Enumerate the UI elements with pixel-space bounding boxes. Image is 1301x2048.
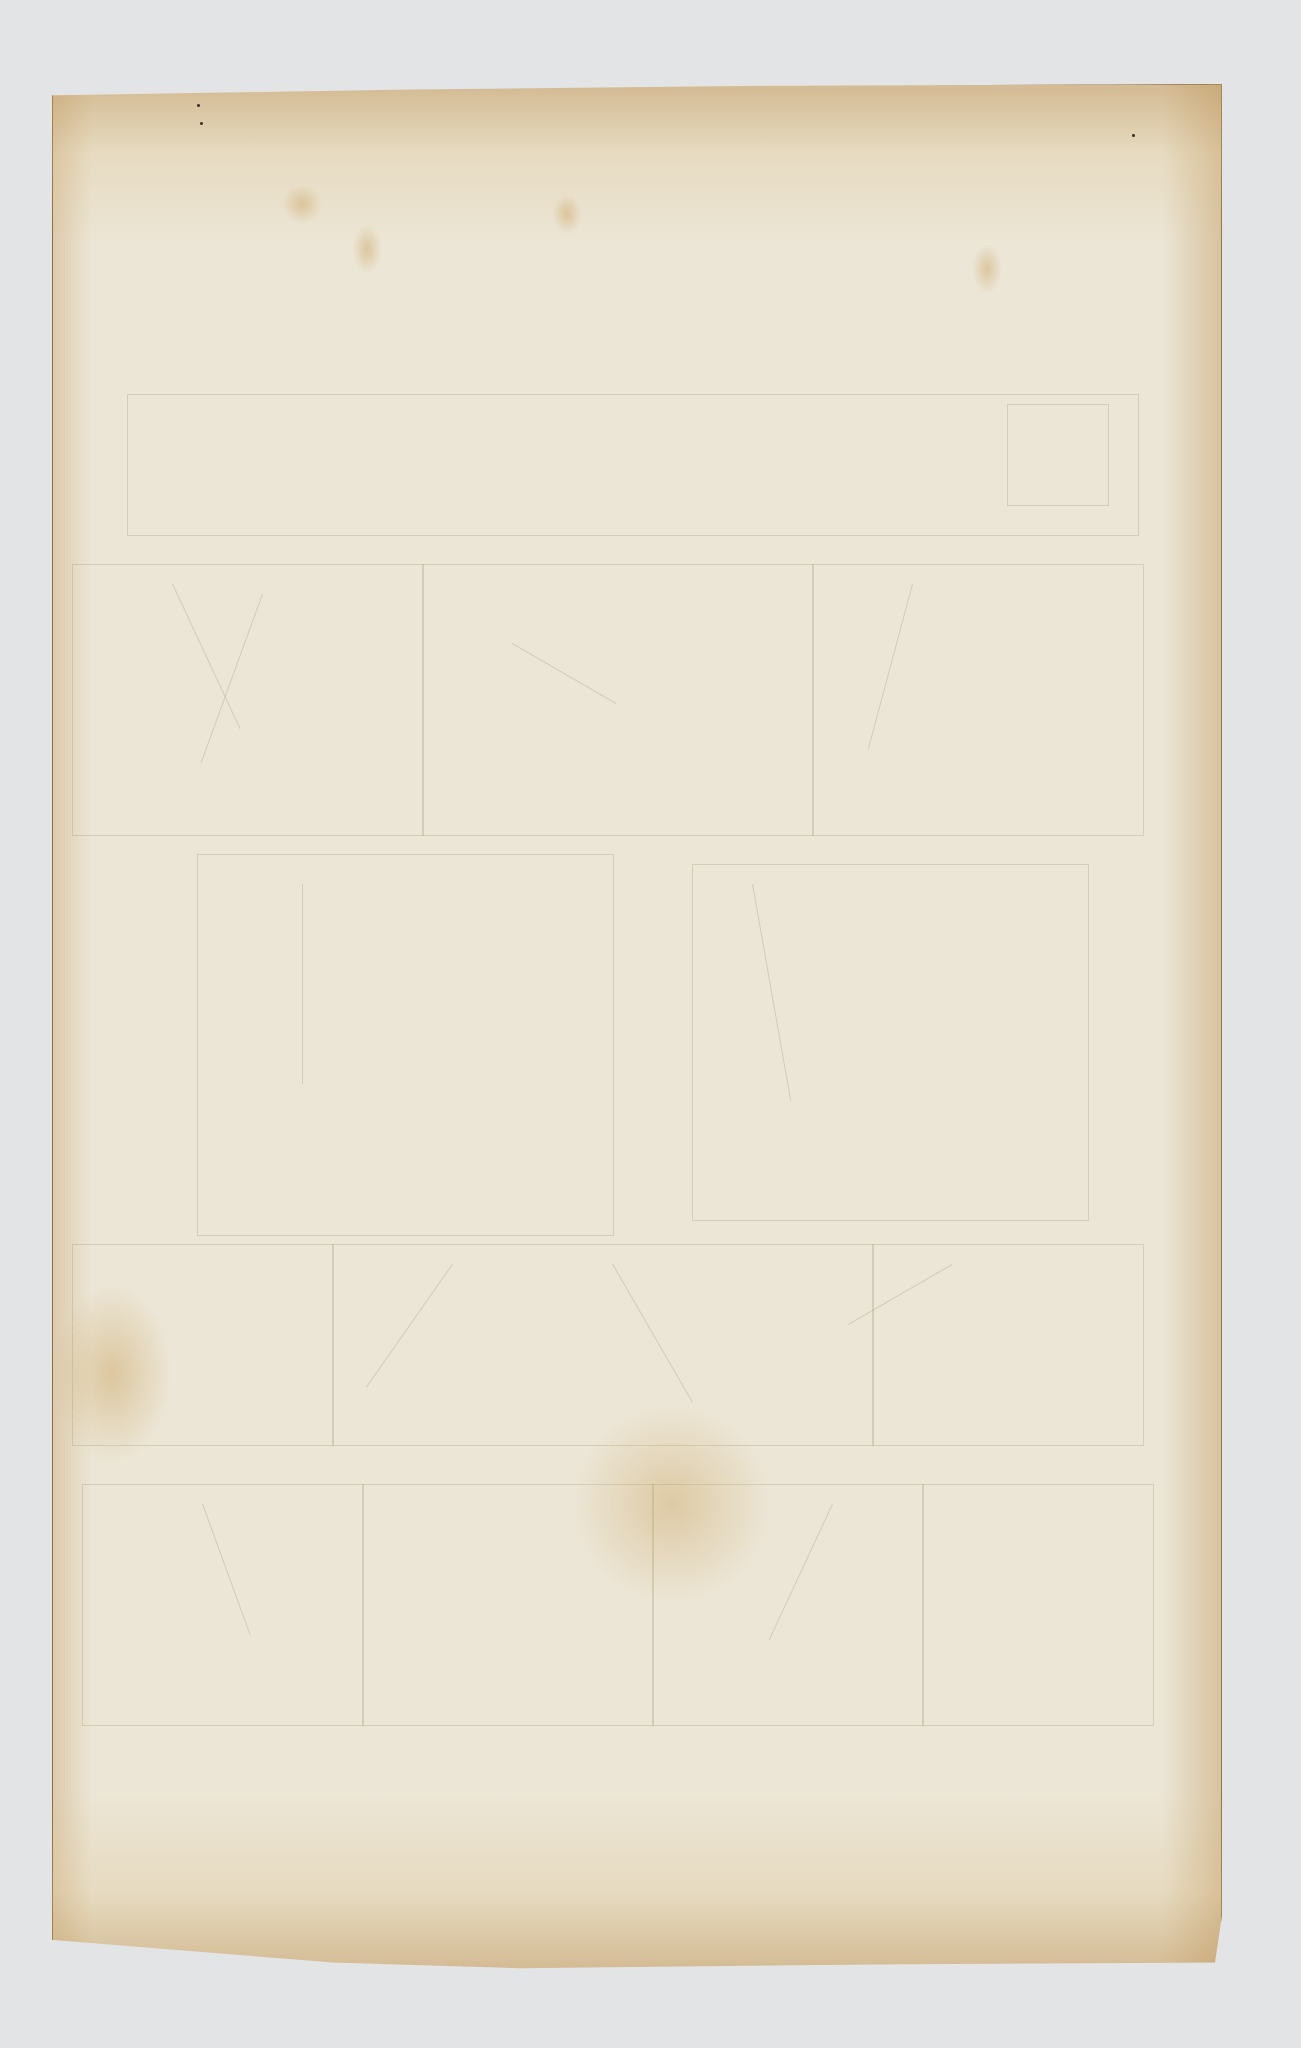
show-through-panel-row2-center (422, 564, 814, 836)
show-through-panel-frieze (127, 394, 1139, 536)
foxing-stain (352, 224, 382, 274)
water-stain (52, 1284, 172, 1464)
foxing-stain (552, 194, 582, 234)
ink-speck (1132, 134, 1135, 137)
show-through-panel-row5-a (82, 1484, 364, 1726)
show-through-panel-row2-left (72, 564, 424, 836)
show-through-panel-row4-center (332, 1244, 874, 1446)
ink-speck (197, 104, 200, 107)
foxing-stain (282, 184, 322, 224)
show-through-panel-row5-d (922, 1484, 1154, 1726)
show-through-panel-row3-left (197, 854, 614, 1236)
show-through-panel-row2-right (812, 564, 1144, 836)
show-through-panel-row3-right (692, 864, 1089, 1221)
foxing-stain (972, 244, 1002, 294)
paper-sheet (52, 84, 1222, 1972)
figure-stroke (302, 884, 303, 1084)
show-through-panel-crest (1007, 404, 1109, 506)
ink-speck (200, 122, 203, 125)
round-stain (572, 1404, 772, 1604)
show-through-panel-row4-right (872, 1244, 1144, 1446)
